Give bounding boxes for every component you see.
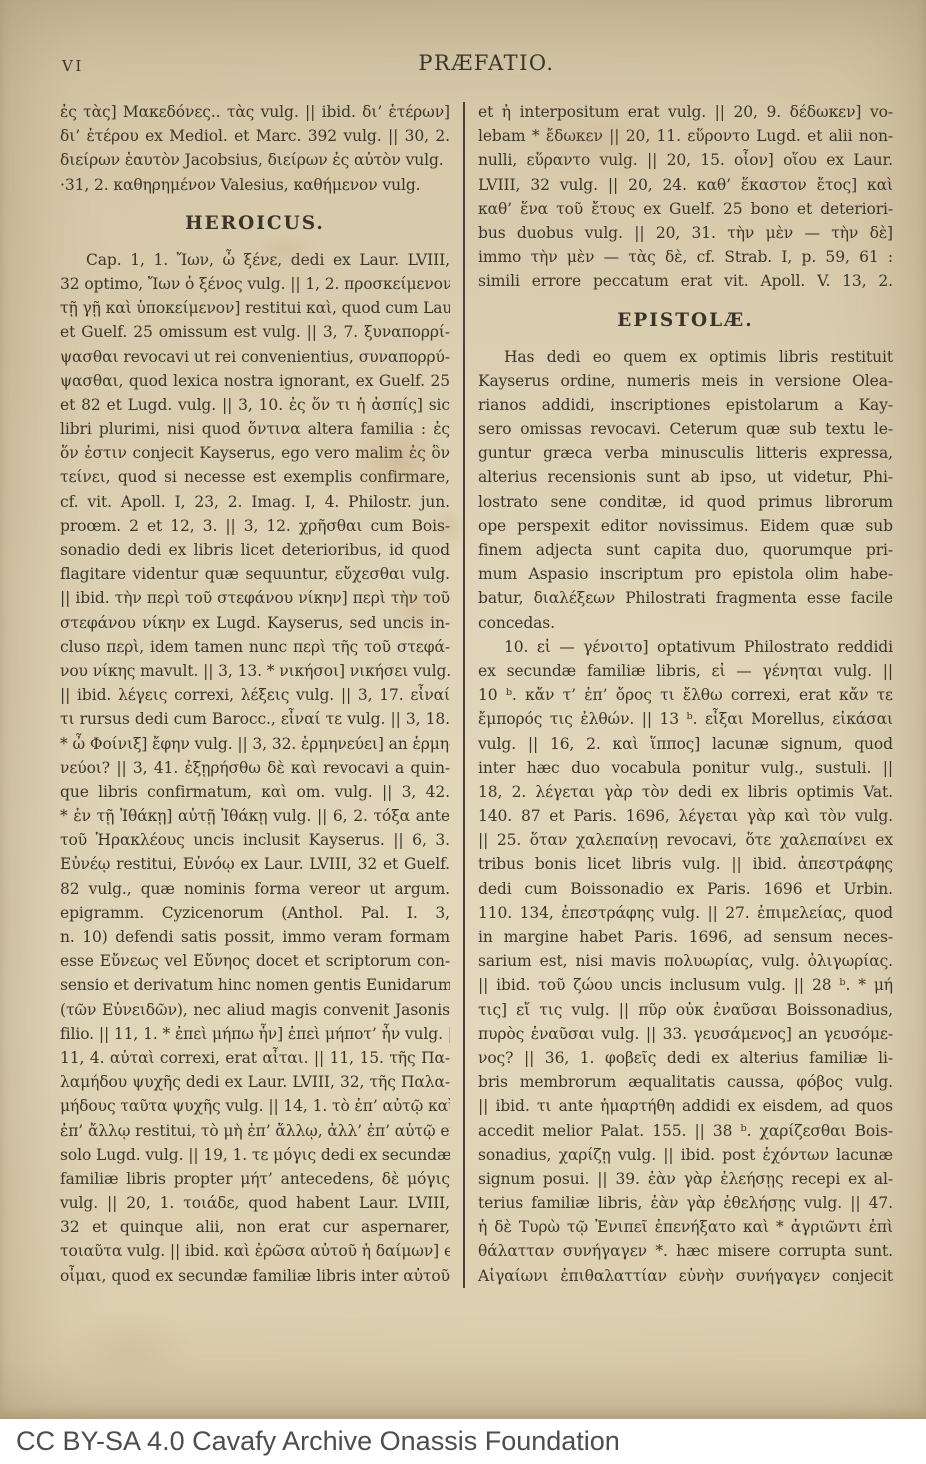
heroicus-heading: HEROICUS. <box>60 212 450 236</box>
page-title: PRÆFATIO. <box>418 51 554 75</box>
text-line: 32 et quinque alii, non erat cur asperna… <box>60 1215 450 1239</box>
paper-stain <box>60 1310 200 1390</box>
text-line: ἐπ’ ἄλλῳ restitui, τὸ μὴ ἐπ’ ἄλλῳ, ἀλλ’ … <box>60 1119 450 1143</box>
book-scan-page: VI PRÆFATIO. ἐς τὰς] Μακεδόνες.. τὰς vul… <box>0 0 926 1419</box>
text-line: 10 ᵇ. κἄν τ’ ἐπ’ ὄρος τι ἔλθω correxi, e… <box>478 683 893 707</box>
text-line: cf. vit. Apoll. I, 23, 2. Imag. I, 4. Ph… <box>60 490 450 514</box>
text-line: et ἡ interpositum erat vulg. || 20, 9. δ… <box>478 100 893 124</box>
text-line: que libris confirmatum, καὶ om. vulg. ||… <box>60 780 450 804</box>
text-line: tribus bonis licet libris vulg. || ibid.… <box>478 852 893 876</box>
text-line: et 82 et Lugd. vulg. || 3, 10. ἐς ὅν τι … <box>60 393 450 417</box>
text-line: νος? || 36, 1. φοβεῖς dedi ex alterius f… <box>478 1046 893 1070</box>
text-line: τοῦ Ἡρακλέους uncis inclusit Kayserus. |… <box>60 828 450 852</box>
text-line: Εὐνέῳ restitui, Εὐνόῳ ex Laur. LVIII, 32… <box>60 852 450 876</box>
text-line: familiæ libris propter μήτ’ antecedens, … <box>60 1167 450 1191</box>
text-line: LVIII, 32 vulg. || 20, 24. καθ’ ἕκαστον … <box>478 173 893 197</box>
text-line: solo Lugd. vulg. || 19, 1. τε μόγις dedi… <box>60 1143 450 1167</box>
text-line: sonadio dedi ex libris licet deterioribu… <box>60 538 450 562</box>
text-line: 18, 2. λέγεται γὰρ τὸν dedi ex libris op… <box>478 780 893 804</box>
text-line: rianos addidi, inscriptiones epistolarum… <box>478 393 893 417</box>
text-line: 11, 4. αὐταὶ correxi, erat αἶται. || 11,… <box>60 1046 450 1070</box>
text-line: λαμήδου ψυχῆς dedi ex Laur. LVIII, 32, τ… <box>60 1070 450 1094</box>
text-line: signum posui. || 39. ἐὰν γὰρ ἐλεήσῃς rec… <box>478 1167 893 1191</box>
page-number: VI <box>62 57 84 75</box>
text-line: vulg. || 16, 2. καὶ ἵππος] lacunæ signum… <box>478 732 893 756</box>
right-column: et ἡ interpositum erat vulg. || 20, 9. δ… <box>478 100 893 1288</box>
epistolae-intro-block: Has dedi eo quem ex optimis libris resti… <box>478 345 893 635</box>
text-line: in margine habet Paris. 1696, ad sensum … <box>478 925 893 949</box>
text-line: τις] εἴ τις vulg. || πῦρ οὐκ ἐναῦσαι Boi… <box>478 998 893 1022</box>
text-line: θάλατταν συνήγαγεν *. hæc misere corrupt… <box>478 1239 893 1263</box>
text-line: sero omissas revocavi. Ceterum quæ sub t… <box>478 417 893 441</box>
text-line: || ibid. λέγεις correxi, λέξεις vulg. ||… <box>60 683 450 707</box>
text-line: * ὦ Φοίνιξ] ἔφην vulg. || 3, 32. ἑρμηνεύ… <box>60 732 450 756</box>
attribution-bar: CC BY-SA 4.0 Cavafy Archive Onassis Foun… <box>0 1419 926 1464</box>
text-line: διείρων ἑαυτὸν Jacobsius, διείρων ἐς αὐτ… <box>60 148 450 172</box>
text-line: * ἐν τῇ Ἰθάκῃ] αὐτῇ Ἰθάκῃ vulg. || 6, 2.… <box>60 804 450 828</box>
text-line: ἡ δὲ Τυρὼ τῷ Ἐνιπεῖ ἐπενήξατο καὶ * ἀγρι… <box>478 1215 893 1239</box>
right-continuation-block: et ἡ interpositum erat vulg. || 20, 9. δ… <box>478 100 893 294</box>
text-line: bris membrorum æqualitatis caussa, φόβος… <box>478 1070 893 1094</box>
text-line: Cap. 1, 1. Ἴων, ὦ ξένε, dedi ex Laur. LV… <box>60 248 450 272</box>
attribution-text: CC BY-SA 4.0 Cavafy Archive Onassis Foun… <box>16 1426 620 1457</box>
text-line: et Guelf. 25 omissum est vulg. || 3, 7. … <box>60 320 450 344</box>
text-line: alterius recensionis sunt ab ipso, ut vi… <box>478 465 893 489</box>
text-line: sensio et derivatum hinc nomen gentis Eu… <box>60 973 450 997</box>
text-line: τι rursus dedi cum Barocc., εἶναί τε vul… <box>60 707 450 731</box>
text-line: 140. 87 et Paris. 1696, λέγεται γὰρ καὶ … <box>478 804 893 828</box>
text-line: Kayserus ordine, numeris meis in version… <box>478 369 893 393</box>
text-line: cluso περὶ, idem tamen nunc περὶ τῆς τοῦ… <box>60 635 450 659</box>
text-line: flagitare videntur quæ sequuntur, εὔχεσθ… <box>60 562 450 586</box>
text-line: mum Aspasio inscriptum pro epistola olim… <box>478 562 893 586</box>
text-line: νεύοι? || 3, 41. ἐξῃρήσθω δὲ καὶ revocav… <box>60 756 450 780</box>
text-line: μήδους ταῦτα ψυχῆς vulg. || 14, 1. τὸ ἐπ… <box>60 1094 450 1118</box>
text-line: στεφάνου νίκην ex Lugd. Kayserus, sed un… <box>60 611 450 635</box>
text-line: sarium est, nisi mavis πολυωρίας, vulg. … <box>478 949 893 973</box>
left-intro-block: ἐς τὰς] Μακεδόνες.. τὰς vulg. || ibid. δ… <box>60 100 450 197</box>
text-line: inter hæc duo vocabula ponitur vulg., su… <box>478 756 893 780</box>
text-line: simili errore peccatum erat vit. Apoll. … <box>478 269 893 293</box>
text-line: ἐς τὰς] Μακεδόνες.. τὰς vulg. || ibid. δ… <box>60 100 450 124</box>
text-line: vulg. || 20, 1. τοιάδε, quod habent Laur… <box>60 1191 450 1215</box>
text-line: guntur græca verba minusculis litteris e… <box>478 441 893 465</box>
text-line: || 25. ὅταν χαλεπαίνῃ revocavi, ὅτε χαλε… <box>478 828 893 852</box>
text-line: οἶμαι, quod ex secundæ familiæ libris in… <box>60 1264 450 1288</box>
text-line: δι’ ἑτέρου ex Mediol. et Marc. 392 vulg.… <box>60 124 450 148</box>
text-line: Αἰγαίωνι ἐπιθαλαττίαν εὐνὴν συνήγαγεν co… <box>478 1264 893 1288</box>
text-line: νου νίκης mavult. || 3, 13. * νικήσοι] ν… <box>60 659 450 683</box>
text-line: filio. || 11, 1. * ἐπεὶ μήπω ἦν] ἐπεὶ μή… <box>60 1022 450 1046</box>
epistolae-heading: EPISTOLÆ. <box>478 309 893 333</box>
text-line: esse Εὔνεως vel Εὔνηος docet et scriptor… <box>60 949 450 973</box>
text-line: nulli, εὕραντο vulg. || 20, 15. οἷον] οἵ… <box>478 148 893 172</box>
column-divider <box>463 102 465 1288</box>
text-line: dedi cum Boissonadio ex Paris. 1696 et U… <box>478 877 893 901</box>
text-line: ψασθαι revocavi ut rei convenientius, συ… <box>60 345 450 369</box>
text-line: τείνει, quod si necesse est exemplis con… <box>60 465 450 489</box>
text-line: || ibid. τὴν περὶ τοῦ στεφάνου νίκην] πε… <box>60 586 450 610</box>
text-line: Has dedi eo quem ex optimis libris resti… <box>478 345 893 369</box>
text-line: batur, διαλέξεων Philostrati fragmenta e… <box>478 586 893 610</box>
text-line: lostrato sene conditæ, id quod primus li… <box>478 490 893 514</box>
text-line: ψασθαι, quod lexica nostra ignorant, ex … <box>60 369 450 393</box>
text-line: 82 vulg., quæ nominis forma vereor ut ar… <box>60 877 450 901</box>
text-line: 32 optimo, Ἴων ὁ ξένος vulg. || 1, 2. πρ… <box>60 272 450 296</box>
text-line: πυρὸς ἐναῦσαι vulg. || 33. γευσάμενος] a… <box>478 1022 893 1046</box>
text-line: terius familiæ libris, ἐὰν γὰρ ἐθελήσῃς … <box>478 1191 893 1215</box>
text-line: τοιαῦτα vulg. || ibid. καὶ ἐρῶσα αὐτοῦ ἡ… <box>60 1239 450 1263</box>
text-line: epigramm. Cyzicenorum (Anthol. Pal. I. 3… <box>60 901 450 925</box>
text-line: (τῶν Εὐνειδῶν), nec aliud magis convenit… <box>60 998 450 1022</box>
epistolae-notes-block: 10. εἰ — γένοιτο] optativum Philostrato … <box>478 635 893 1288</box>
text-line: bus duobus vulg. || 20, 31. τὴν μὲν — τὴ… <box>478 221 893 245</box>
left-column: ἐς τὰς] Μακεδόνες.. τὰς vulg. || ibid. δ… <box>60 100 450 1288</box>
text-line: immo τὴν μὲν — τὰς δὲ, cf. Strab. I, p. … <box>478 245 893 269</box>
text-line: lebam * ἔδωκεν || 20, 11. εὕροντο Lugd. … <box>478 124 893 148</box>
text-line: ὅν ἐστιν conjecit Kayserus, ego vero mal… <box>60 441 450 465</box>
text-line: ·31, 2. καθηρημένον Valesius, καθήμενον … <box>60 173 450 197</box>
text-line: καθ’ ἕνα τοῦ ἔτους ex Guelf. 25 bono et … <box>478 197 893 221</box>
text-line: 110. 134, ἐπεστράφης vulg. || 27. ἐπιμελ… <box>478 901 893 925</box>
text-line: accedit melior Palat. 155. || 38 ᵇ. χαρί… <box>478 1119 893 1143</box>
page-header: VI PRÆFATIO. <box>60 50 893 78</box>
heroicus-notes-block: Cap. 1, 1. Ἴων, ὦ ξένε, dedi ex Laur. LV… <box>60 248 450 1288</box>
text-line: ex secundæ familiæ libris, εἰ — γένηται … <box>478 659 893 683</box>
text-columns: ἐς τὰς] Μακεδόνες.. τὰς vulg. || ibid. δ… <box>60 100 893 1288</box>
text-line: τῇ γῇ καὶ ὑποκείμενον] restitui καὶ, quo… <box>60 296 450 320</box>
text-line: n. 10) defendi satis possit, immo veram … <box>60 925 450 949</box>
text-line: sonadius, χαρίζῃ vulg. || ibid. post ἐχό… <box>478 1143 893 1167</box>
text-line: ἔμπορός τις ἐλθών. || 13 ᵇ. εἶξαι Morell… <box>478 707 893 731</box>
text-line: ope perspexit editor novissimus. Eidem q… <box>478 514 893 538</box>
text-line: || ibid. τοῦ ζώου uncis inclusum vulg. |… <box>478 973 893 997</box>
text-line: finem adjecta sunt capita duo, quorumque… <box>478 538 893 562</box>
text-line: concedas. <box>478 611 893 635</box>
text-line: proœm. 2 et 12, 3. || 3, 12. χρῆσθαι cum… <box>60 514 450 538</box>
text-line: || ibid. τι ante ἡμαρτήθη addidi ex eisd… <box>478 1094 893 1118</box>
text-line: 10. εἰ — γένοιτο] optativum Philostrato … <box>478 635 893 659</box>
text-line: libri plurimi, nisi quod ὅντινα altera f… <box>60 417 450 441</box>
